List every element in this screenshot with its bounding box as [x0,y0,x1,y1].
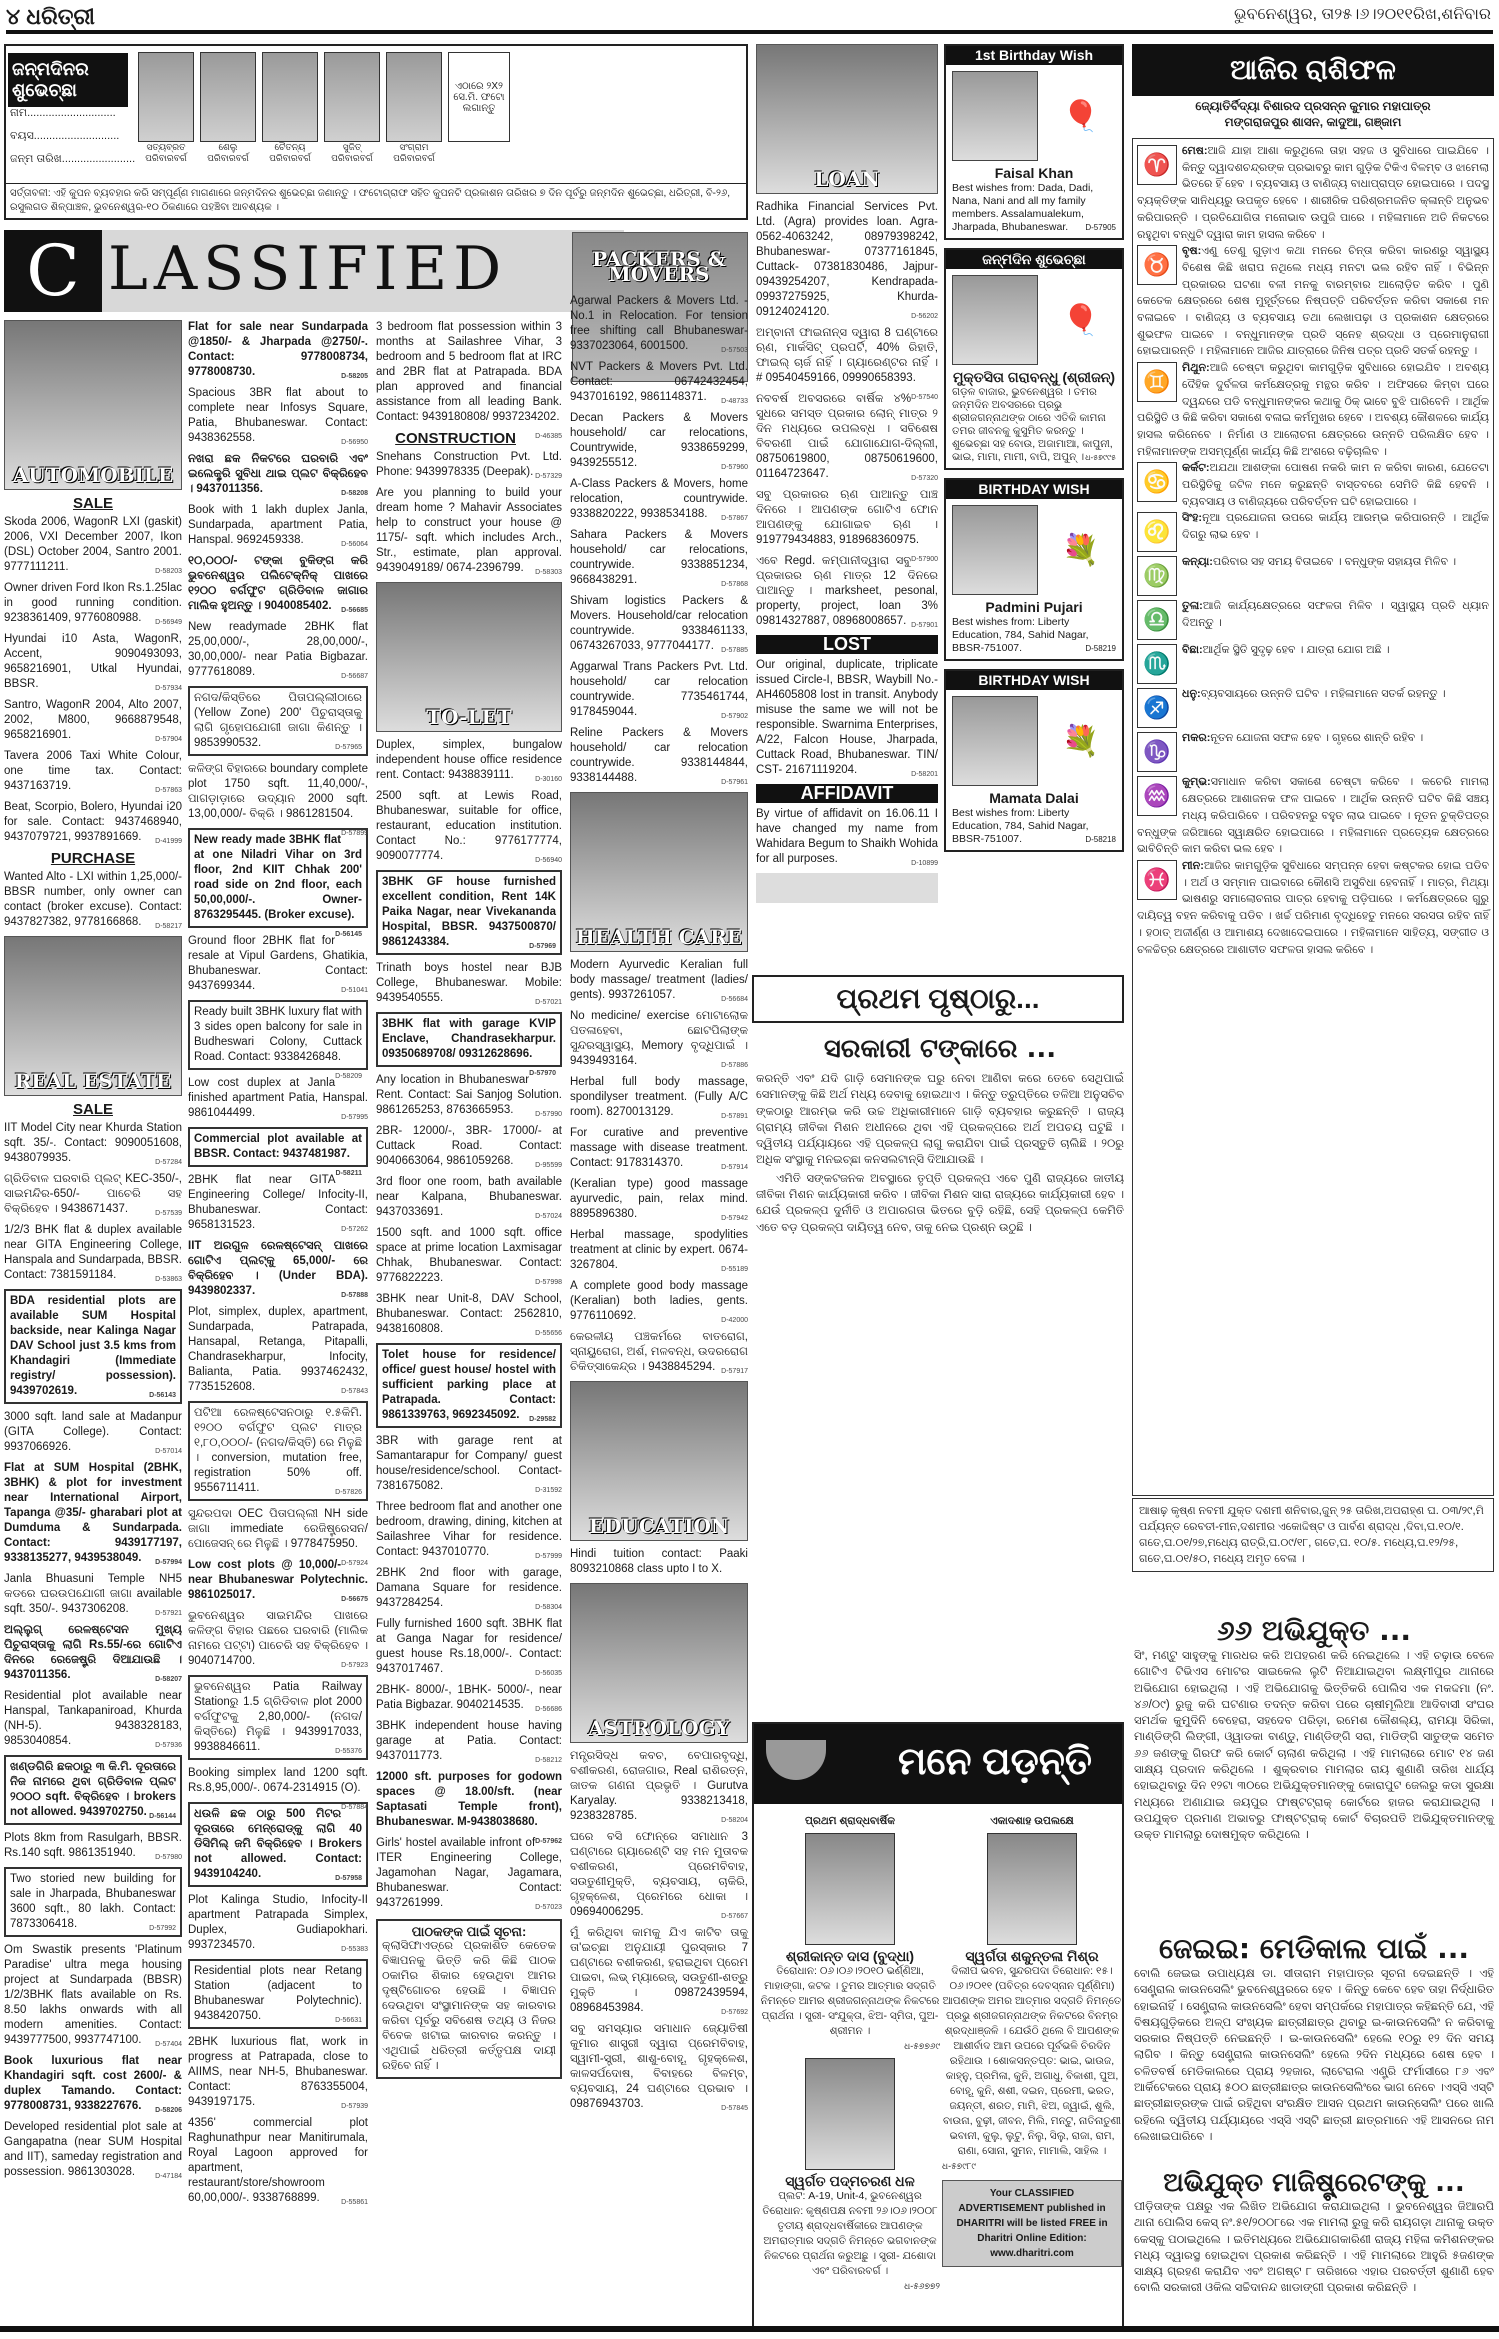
classified-ad: (Keralian type) good massage ayurvedic, … [570,1177,748,1222]
classified-ad: କେରଳୀୟ ପଞ୍ଚକର୍ମରେ ବାତରୋଗ, ସ୍ନାୟୁରୋଗ, ଅର୍… [570,1330,748,1375]
ad-code: D-55656 [535,1326,562,1341]
rashi-entry: ♓ମୀନ:ଆଜିର କାମଗୁଡ଼ିକ ସୁବିଧାରେ ସମ୍ପନ୍ନ ହେବ… [1137,858,1489,958]
classified-ad: Plots 8km from Rasulgarh, BBSR. Rs.140 s… [4,1831,182,1861]
ad-text: ଭୁବନେଶ୍ୱର Patia Railway Stationରୁ 1.5 ଗ୍… [194,1681,362,1753]
footer-rule [0,2326,1499,2332]
ad-code: D-56202 [911,309,938,324]
classified-ad: Our original, duplicate, triplicate issu… [756,658,938,778]
reader-notice: ପାଠକଙ୍କ ପାଇଁ ସୂଚନା: କ୍ଲାସିଫାଏଡ୍‌ରେ ପ୍ରକା… [376,1919,562,2079]
classified-ad: Duplex, simplex, bungalow independent ho… [376,738,562,783]
classified-ad: Hindi tuition contact: Paaki 8093210868 … [570,1547,748,1577]
sign-text: ଆଜି ଚେଷ୍ଟା କରୁଥିବା କାମଗୁଡ଼ିକ ସୁବିଧାରେ ହୋ… [1137,362,1489,458]
zodiac-icon: ♎ [1137,600,1177,640]
ad-text: ଧଉଳି ଛକ ଠାରୁ 500 ମିଟର ଦୂରତାରେ ମେନ୍‌ରୋଡ୍‌… [194,1808,362,1880]
portrait-photo [324,52,380,142]
classified-ad: Commercial plot available at BBSR. Conta… [188,1127,368,1167]
portrait-photo [262,52,318,142]
portrait-photo [952,696,1038,786]
ad-code: D-57262 [341,1222,368,1237]
classified-ad: Radhika Financial Services Pvt. Ltd. (Ag… [756,200,938,320]
portrait-photo [386,52,442,142]
ad-code: D-57014 [155,1444,182,1459]
classified-ad: Decan Packers & Movers household/ car re… [570,411,748,471]
portrait-photo [200,52,256,142]
real-estate-image: REAL ESTATE [4,936,182,1096]
ad-text: ଏବେ Regd. କମ୍ପାନୀଦ୍ୱାରା ସବୁ ପ୍ରକାରର ଋଣ ମ… [756,555,938,627]
classified-ad: Snehans Construction Pvt. Ltd. Phone: 94… [376,450,562,480]
ad-text: ମନ୍ତ୍ରସିଦ୍ଧ କବଚ, ବେପାରବୃଦ୍ଧି, ବଶୀକରଣ, ରୋ… [570,1750,748,1822]
ad-code: D-55189 [721,1262,748,1277]
ad-code: D-56035 [535,1666,562,1681]
page-number-label: ୪ ଧରିତ୍ରୀ [6,4,95,30]
sign-text: ଆର୍ଥିକ ସ୍ଥିତି ସୁଦୃଢ଼ ହେବ । ଯାତ୍ରା ଯୋଗ ଅଛ… [1203,644,1390,656]
ad-code: D-57885 [721,643,748,658]
rashi-entry: ♉ବୃଷ:ଏଣୁ ତେଣୁ ଗୁଡ଼ାଏ କଥା ମନରେ ଚିନ୍ତା କରି… [1137,243,1489,360]
classified-ad: Janla Bhuasuni Temple NH5 କଡରେ ଘରଉପଯୋଗୀ … [4,1572,182,1617]
ad-code: D-58201 [911,767,938,782]
panji-box: ଆଷାଢ଼ କୃଷ୍ଣ ନବମୀ ଯୁକ୍ତ ଦଶମୀ ଶନିବାର,ଜୁନ୍ … [1132,1498,1494,1572]
ad-code: D-57404 [155,2037,182,2052]
ad-code: D-57992 [149,1921,176,1936]
ad-text: ସବୁ ସମସ୍ୟାର ସମାଧାନ ଜ୍ୟୋତିଷୀ କୁମାର ଶାସ୍ତ୍… [570,2023,748,2110]
ad-code: D-57917 [721,1364,748,1379]
birthday-photo: ସଂଗ୍ରାମପରିବାରବର୍ଗ [386,52,442,164]
ad-code: D-57990 [535,1107,562,1122]
classified-ad: Skoda 2006, WagonR LXI (gaskit) 2006, VX… [4,515,182,575]
classified-ad: 4356' commercial plot Raghunathpur near … [188,2116,368,2206]
ad-text: 3BHK near Unit-8, DAV School, Bhubaneswa… [376,1293,562,1335]
classified-ad: Plot, simplex, duplex, apartment, Sundar… [188,1305,368,1395]
classified-ad: A complete good body massage (Keralian) … [570,1279,748,1324]
classified-ad: BDA residential plots are available SUM … [4,1289,182,1404]
online-edition-note: Your CLASSIFIED ADVERTISEMENT published … [942,2180,1122,2267]
classified-ad: Book luxurious flat near Khandagiri sqft… [4,2054,182,2114]
classified-ad: Om Swastik presents 'Platinum Paradise' … [4,1943,182,2048]
birthday-coupon-title: ଜନ୍ମଦିନର ଶୁଭେଚ୍ଛା [8,53,128,107]
birthday-wish-ad: BIRTHDAY WISH 💐 Mamata Dalai Best wishes… [944,669,1124,852]
ad-text: କଳିଙ୍ଗ ବିହାରରେ boundary complete plot 17… [188,763,368,820]
classified-ad: New ready made 3BHK flat at one Niladri … [188,828,368,928]
ad-code: D-53863 [155,1272,182,1287]
ad-code: D-57320 [911,471,938,486]
classified-ad: Developed residential plot sale at Ganga… [4,2120,182,2180]
coupon-terms: ସର୍ତ୍ତାବଳୀ: ଏହି କୁପନ ବ୍ୟବହାର କରି ସମ୍ପୂର୍… [6,183,746,218]
classified-ad: Residential plots near Retang Station (a… [188,1959,368,2029]
classified-ad: 1/2/3 BHK flat & duplex available near G… [4,1223,182,1283]
story-body-2: ଏମିତି ସଙ୍କଟଜନକ ଅବସ୍ଥାରେ ତୃପ୍ତି ପ୍ରକଳ୍ପ ଏ… [756,1171,1124,1236]
story-headline: ଜେଇଇ: ମେଡିକାଲ ପାଇଁ ... [1134,1932,1494,1966]
health-care-image: HEALTH CARE [570,792,748,952]
ad-code: D-55376 [335,1744,362,1759]
classified-ad: ପଟିଆ ରେଳଷ୍ଟେସନଠାରୁ ୧.୫କିମି. ୧୨୦୦ ବର୍ଗଫୁଟ… [188,1401,368,1501]
classified-ad: 3BHK flat with garage KVIP Enclave, Chan… [376,1012,562,1067]
ad-code: D-57923 [341,1658,368,1673]
ad-code: D-57904 [155,732,182,747]
ad-code: D-57884 [341,1800,368,1815]
ad-code: D-51041 [341,983,368,998]
ad-code: D-30160 [535,772,562,787]
ad-code: D-58219 [1085,642,1116,655]
sale-heading-2: SALE [4,1102,182,1117]
story-headline: ଅଭିଯୁକ୍ତ ମାଜିଷ୍ଟ୍ରେଟଙ୍କୁ ... [1134,2168,1494,2199]
ad-text: Are you planning to build your dream hom… [376,487,562,574]
story-jee-medical: ଜେଇଇ: ମେଡିକାଲ ପାଇଁ ... ବୋଲି ଜେଇଇ ଉପାଧ୍ୟକ… [1134,1932,1494,2145]
ad-code: D-56144 [149,1809,176,1824]
automobile-image: AUTOMOBILE [4,320,182,490]
column-loan-lost-affidavit: LOAN Radhika Financial Services Pvt. Ltd… [756,44,938,903]
classified-ad: 12000 sft. purposes for godown spaces @ … [376,1770,562,1830]
ad-text: Our original, duplicate, triplicate issu… [756,659,938,776]
classified-ad: Wanted Alto - LXI within 1,25,000/- BBSR… [4,870,182,930]
birthday-photo: ଚୈତନ୍ୟପରିବାରବର୍ଗ [262,52,318,164]
ad-code: D-56940 [535,853,562,868]
classified-ad: A-Class Packers & Movers, home relocatio… [570,477,748,522]
ad-text: Trinath boys hostel near BJB College, Bh… [376,962,562,1004]
ad-code: D-58206 [155,2103,182,2118]
ad-code: D-58303 [535,565,562,580]
sign-name: କୁମ୍ଭ: [1182,776,1211,788]
ad-code: D-57934 [155,681,182,696]
classified-ad: IIT ଅରଗୁଳ ରେଳଷ୍ଟେସନ୍ ପାଖରେ ଗୋଟିଏ ପ୍ଲଟ୍‌କ… [188,1239,368,1299]
classified-ad: Owner driven Ford Ikon Rs.1.25lac in goo… [4,581,182,626]
story-headline: ସରକାରୀ ଟଙ୍କାରେ ... [756,1034,1124,1065]
ad-text: ସୁନ୍ଦରପଦା OEC ପିତାପଲ୍ଲୀ NH side ଜାଗା imm… [188,1508,368,1550]
classified-ad: ଅଲ୍ଲୁଗ୍ ରେଳଷ୍ଟେସନ ମୁଖ୍ୟ ପିଚୁରାସ୍ତାକୁ ଲାଗ… [4,1623,182,1683]
ad-code: D-58204 [721,1813,748,1828]
wish-name: Faisal Khan [946,167,1122,180]
classified-initial: C [4,230,102,312]
classified-ad: ଏବେ Regd. କମ୍ପାନୀଦ୍ୱାରା ସବୁ ପ୍ରକାରର ଋଣ ମ… [756,554,938,629]
classified-ad: 3BHK near Unit-8, DAV School, Bhubaneswa… [376,1292,562,1337]
story-headline: ୬୬ ଅଭିଯୁକ୍ତ ... [1134,1614,1494,1648]
ad-code: D-57962 [535,1834,562,1849]
classified-ad: 2BHK luxurious flat, work in progress at… [188,2035,368,2110]
ad-code: D-57021 [535,995,562,1010]
ad-code: D-56675 [341,1592,368,1607]
portrait-photo [952,505,1038,595]
birthday-coupon: ଜନ୍ମଦିନର ଶୁଭେଚ୍ଛା ନାମ...................… [4,44,748,220]
ad-code: D-57921 [155,1606,182,1621]
classified-ad: ନଗଦ/କିସ୍ତିରେ ପିତାପଲ୍ଲୀଠାରେ (Yellow Zone)… [188,686,368,756]
wish-name: Mamata Dalai [946,792,1122,805]
ad-text: 4356' commercial plot Raghunathpur near … [188,2117,368,2204]
zodiac-icon: ♒ [1137,776,1177,816]
ad-text: 3rd floor one room, bath available near … [376,1176,562,1218]
education-image: EDUCATION [570,1381,748,1541]
ad-code: D-58205 [341,369,368,384]
ad-text: 2BHK 2nd floor with garage, Damana Squar… [376,1567,562,1609]
wish-body: Best wishes from: Liberty Education, 784… [952,616,1089,654]
classified-ad: ନଖରା ଛକ ନିକଟରେ ଘରବାରି ଏବଂ ଇଲେକ୍ଟ୍ରି ସୁବି… [188,452,368,497]
ad-text: Flat at SUM Hospital (2BHK, 3BHK) & plot… [4,1462,182,1564]
ad-text: Snehans Construction Pvt. Ltd. Phone: 94… [376,451,562,478]
classified-ad: New readymade 2BHK flat 25,00,000/-, 28,… [188,620,368,680]
zodiac-icon: ♐ [1137,688,1177,728]
classified-ad: ଅମ୍ବାନୀ ଫାଇନାନ୍ସ ଦ୍ୱାରା 8 ଘଣ୍ଟାରେ ଋଣ, ମା… [756,326,938,386]
ad-code: D-56145 [335,927,362,942]
classified-ad: Ready built 3BHK luxury flat with 3 side… [188,1000,368,1070]
ad-code: D-57965 [335,740,362,755]
rashi-entry: ♑ମକର:ନୂତନ ଯୋଜନା ସଫଳ ହେବ । ଗୃହରେ ଶାନ୍ତି ର… [1137,730,1489,774]
dateline: ଭୁବନେଶ୍ୱର, ତା୨୫।୬।୨୦୧୧ରିଖ,ଶନିବାର [1234,6,1491,24]
zodiac-icon: ♏ [1137,644,1177,684]
header-rule [6,30,1493,34]
sign-name: ମିଥୁନ: [1182,362,1210,374]
wish-body: Best wishes from: Dada, Dadi, Nana, Nani… [952,182,1093,233]
wish-header: BIRTHDAY WISH [946,480,1122,499]
story-66-accused: ୬୬ ଅଭିଯୁକ୍ତ ... ସିଂ, ମଣ୍ଟୁ ସାହୁଙ୍କୁ ମାରଧ… [1134,1614,1494,1844]
classified-ad: ଭୁବନେଶ୍ୱର Patia Railway Stationରୁ 1.5 ଗ୍… [188,1675,368,1760]
ad-text: New ready made 3BHK flat at one Niladri … [194,834,362,921]
ad-text: 3BHK independent house having garage at … [376,1720,562,1762]
classified-ad: ସବୁ ସମସ୍ୟାର ସମାଧାନ ଜ୍ୟୋତିଷୀ କୁମାର ଶାସ୍ତ୍… [570,2022,748,2112]
birthday-wish-ad: ଜନ୍ମଦିନ ଶୁଭେଚ୍ଛା 🎈 ମୁକ୍ତସିତା ଗରାବନ୍ଧୁ (ଶ… [944,248,1124,470]
ad-text: ପଟିଆ ରେଳଷ୍ଟେସନଠାରୁ ୧.୫କିମି. ୧୨୦୦ ବର୍ଗଫୁଟ… [194,1407,362,1494]
ad-code: D-95599 [535,1158,562,1173]
ad-code: D-58211 [336,1166,362,1181]
ad-text: Tolet house for residence/ office/ guest… [382,1349,556,1421]
ad-code: D-57692 [721,2005,748,2020]
classified-ad: Low cost plots @ 10,000/- near Bhubanesw… [188,1558,368,1603]
affidavit-heading: AFFIDAVIT [756,784,938,803]
column-birthday-wishes: 1st Birthday Wish 🎈 Faisal Khan Best wis… [944,44,1124,860]
story-sarakari-tankare: ସରକାରୀ ଟଙ୍କାରେ ... କରନ୍ତି ଏବଂ ଯଦି ଗାଡ଼ି … [756,1034,1124,1236]
ad-code: D-48733 [721,394,748,409]
ad-text: Duplex, simplex, bungalow independent ho… [376,739,562,781]
sign-text: ବ୍ୟବସାୟରେ ଉନ୍ନତି ଘଟିବ । ମହିଳାମାନେ ସତର୍କ … [1201,688,1446,700]
mane-padanti-obituaries: ମନେ ପଡ଼ନ୍ତି ପ୍ରଥମ ଶ୍ରାଦ୍ଧବାର୍ଷିକ ଶ୍ରୀକାନ… [752,1722,1124,2332]
zodiac-icon: ♓ [1137,860,1177,900]
photo-slot: ଏଠାରେ ୨X୨ ସେ.ମି. ଫଟୋ ଲଗାନ୍ତୁ [448,52,510,142]
ad-text: ମୁଁ କରିଥିବା କାମକୁ ଯିଏ କାଟିବ ତାକୁ ତା'ଇଚ୍ଛ… [570,1927,748,2014]
classified-ad: 1500 sqft. and 1000 sqft. office space a… [376,1226,562,1286]
ad-text: 2BHK- 8000/-, 1BHK- 5000/-, near Patia B… [376,1684,562,1711]
story-body: ସିଂ, ମଣ୍ଟୁ ସାହୁଙ୍କୁ ମାରଧର କରି ଅପହରଣ କରି … [1134,1648,1494,1844]
ad-code: D-57540 [911,390,938,405]
classified-ad: ସବୁ ପ୍ରକାରର ଋଣ ପାଆନ୍ତୁ ପାଞ୍ଚ ଦିନରେ । ଆପଣ… [756,488,938,548]
ad-text: Hindi tuition contact: Paaki 8093210868 … [570,1548,748,1575]
zodiac-icon: ♑ [1137,732,1177,772]
ad-text: 3BHK GF house furnished excellent condit… [382,876,556,948]
ad-code: D-57667 [721,1909,748,1924]
ad-code: D-57863 [155,783,182,798]
flowers-icon: 💐 [1046,696,1116,786]
ad-text: Ready built 3BHK luxury flat with 3 side… [194,1006,362,1063]
wish-name: ମୁକ୍ତସିତା ଗରାବନ୍ଧୁ (ଶ୍ରୀଜନ୍) [946,371,1122,384]
portrait-photo [952,71,1038,161]
ad-code: D-57995 [341,1110,368,1125]
column-packers-health-edu-astro: PACKERS & MOVERS Agarwal Packers & Mover… [570,320,748,2118]
rashiphal-title: ଆଜିର ରାଶିଫଳ [1132,44,1494,96]
ad-code: D-56686 [535,1702,562,1717]
ad-code: D-58217 [155,919,182,934]
classified-ad: 2BHK- 8000/-, 1BHK- 5000/-, near Patia B… [376,1683,562,1713]
classified-ad: ଖଣ୍ଡଗିରି ଛକଠାରୁ ୩ କି.ମି. ଦୂରତାରେ ନିଜ ନାମ… [4,1755,182,1825]
ad-code: D-57826 [335,1485,362,1500]
ad-text: 2BHK luxurious flat, work in progress at… [188,2036,368,2108]
wish-header: ଜନ୍ମଦିନ ଶୁଭେଚ୍ଛା [946,250,1122,269]
ad-code: D-57914 [721,1160,748,1175]
classified-ad: ନବବର୍ଷ ଅବସରରେ ବାର୍ଷିକ ୪% ସୁଧରେ ସମସ୍ତ ପ୍ର… [756,392,938,482]
ad-text: 3BR with garage rent at Samantarapur for… [376,1435,562,1492]
classified-ad: ମୁଁ କରିଥିବା କାମକୁ ଯିଏ କାଟିବ ତାକୁ ତା'ଇଚ୍ଛ… [570,1926,748,2016]
classified-ad: Flat for sale near Sundarpada @1850/- & … [188,320,368,380]
story-magistrate: ଅଭିଯୁକ୍ତ ମାଜିଷ୍ଟ୍ରେଟଙ୍କୁ ... ପୀଡ଼ିତାଙ୍କ … [1134,2168,1494,2297]
sign-text: ଆଜି କାର୍ଯ୍ୟକ୍ଷେତ୍ରରେ ସଫଳତା ମିଳିବ । ସ୍ୱାସ… [1182,600,1489,629]
rashi-entry: ♋କର୍କଟ:ଅଯଥା ଆଶଙ୍କା ପୋଷଣ ନକରି କାମ ନ କରିବା… [1137,460,1489,510]
birthday-photos: ସତ୍ୟବ୍ରତପରିବାରବର୍ଗ ଶେଲୁପରିବାରବର୍ଗ ଚୈତନ୍ୟ… [138,52,510,164]
ad-code: D-41999 [155,834,182,849]
ad-code: D-57024 [535,1209,562,1224]
birthday-wish-ad: 1st Birthday Wish 🎈 Faisal Khan Best wis… [944,44,1124,240]
ad-code: D-57998 [535,1275,562,1290]
tolet-image: TO-LET [376,582,562,732]
sign-name: ବିଛା: [1182,644,1203,656]
ad-text: 2BR- 12000/-, 3BR- 17000/- at Cuttack Ro… [376,1125,562,1167]
zodiac-icon: ♍ [1137,556,1177,596]
column-automobile-realestate: AUTOMOBILE SALE Skoda 2006, WagonR LXI (… [4,320,182,2186]
ad-code: D-57994 [155,1555,182,1570]
ad-code: D-57888 [341,1288,368,1303]
classified-ad: Spacious 3BR flat about to complete near… [188,386,368,446]
ad-code: D-56143 [149,1388,176,1403]
balloons-icon: 🎈 [1046,275,1116,365]
classified-ad: ଗ୍ରିଡିବାଳ ଘରବାରି ପ୍ଲଟ୍ KEC-350/-, ସାଇମନ୍… [4,1172,182,1217]
classified-ad: 3rd floor one room, bath available near … [376,1175,562,1220]
sign-name: ଧନୁ: [1182,688,1201,700]
birthday-photo: ସୁଜିତ୍ପରିବାରବର୍ଗ [324,52,380,164]
ad-code: D-57958 [335,1871,362,1886]
sign-name: କର୍କଟ: [1182,462,1210,474]
ad-code: D-56687 [341,669,368,684]
sign-text: ଆଜିର କାମଗୁଡ଼ିକ ସୁବିଧାରେ ସମ୍ପନ୍ନ ହେବା କଷ୍… [1137,860,1489,956]
classified-ad: Herbal full body massage, spondilyser tr… [570,1075,748,1120]
obituary-right: ଏକାଦଶାହ ଉପଲକ୍ଷେ ସ୍ୱର୍ଗତା ଶକୁନ୍ତଳା ମିଶ୍ର … [942,1814,1122,2267]
classified-ad: Two storied new building for sale in Jha… [4,1867,182,1937]
classified-ad: Aggarwal Trans Packers Pvt. Ltd. househo… [570,660,748,720]
wish-name: Padmini Pujari [946,601,1122,614]
classified-ad: Tolet house for residence/ office/ guest… [376,1343,562,1428]
classified-ad: ଧଉଳି ଛକ ଠାରୁ 500 ମିଟର ଦୂରତାରେ ମେନ୍‌ରୋଡ୍‌… [188,1802,368,1887]
ad-code: D-31592 [535,1483,562,1498]
ad-text: Plot, simplex, duplex, apartment, Sundar… [188,1306,368,1393]
classified-ad: IIT Model City near Khurda Station sqft.… [4,1121,182,1166]
ad-code: D-55383 [341,1942,368,1957]
classified-ad: 3BR with garage rent at Samantarapur for… [376,1434,562,1494]
rashi-entry: ♌ସିଂହ:ନୂଆ ପ୍ରଯୋଜନା ଉପରେ କାର୍ଯ୍ୟ ଆରମ୍ଭ କର… [1137,510,1489,554]
ad-text: 3BHK flat with garage KVIP Enclave, Chan… [382,1018,556,1060]
obituary-left: ପ୍ରଥମ ଶ୍ରାଦ୍ଧବାର୍ଷିକ ଶ୍ରୀକାନ୍ତ ଦାସ (ବୁଦ୍… [760,1814,940,2294]
rashi-entry: ♐ଧନୁ:ବ୍ୟବସାୟରେ ଉନ୍ନତି ଘଟିବ । ମହିଳାମାନେ ସ… [1137,686,1489,730]
wish-header: 1st Birthday Wish [946,46,1122,65]
birthday-photo: ଶେଲୁପରିବାରବର୍ଗ [200,52,256,164]
classified-ad: Trinath boys hostel near BJB College, Bh… [376,961,562,1006]
ad-text: 2500 sqft. at Lewis Road, Bhubaneswar, s… [376,790,562,862]
ad-text: ନବବର୍ଷ ଅବସରରେ ବାର୍ଷିକ ୪% ସୁଧରେ ସମସ୍ତ ପ୍ର… [756,393,938,480]
ad-code: D-56631 [335,2013,362,2028]
sign-name: କନ୍ୟା: [1182,556,1213,568]
ad-code: D-57539 [155,1206,182,1221]
zodiac-icon: ♋ [1137,462,1177,502]
rashi-entry: ♍କନ୍ୟା:ପରିବାର ସହ ସମୟ ବିତାଇବେ । ବନ୍ଧୁଙ୍କ … [1137,554,1489,598]
ad-code: D-57970 [529,1066,556,1081]
classified-ad: Fully furnished 1600 sqft. 3BHK flat at … [376,1617,562,1677]
dob-field: ଜନ୍ମ ତାରିଖ........................ [10,148,135,171]
zodiac-icon: ♉ [1137,245,1177,285]
zodiac-icon: ♌ [1137,512,1177,552]
classified-ad: Are you planning to build your dream hom… [376,486,562,576]
ad-text: BDA residential plots are available SUM … [10,1295,176,1397]
ad-code: D-42000 [721,1313,748,1328]
purchase-heading: PURCHASE [4,851,182,866]
classified-ad: 2BHK 2nd floor with garage, Damana Squar… [376,1566,562,1611]
portrait-photo [952,275,1038,365]
ad-code: D-57023 [535,1900,562,1915]
sign-name: ବୃଷ: [1182,245,1201,257]
classified-ad: ମନ୍ତ୍ରସିଦ୍ଧ କବଚ, ବେପାରବୃଦ୍ଧି, ବଶୀକରଣ, ରୋ… [570,1749,748,1824]
ad-code: D-58218 [1085,833,1116,846]
flowers-icon: 💐 [1046,505,1116,595]
zodiac-icon: ♊ [1137,362,1177,402]
rashi-entry: ♒କୁମ୍ଭ:ସମାଧାନ କରିବା ସକାଶେ ଚେଷ୍ଟା କରିବେ ।… [1137,774,1489,858]
classified-ad: 2BHK flat near GITA Engineering College/… [188,1173,368,1233]
ad-code: D-56064 [341,537,368,552]
ad-code: D-57942 [721,1211,748,1226]
ad-code: D-58209 [335,1069,362,1084]
sign-text: ନୂଆ ପ୍ରଯୋଜନା ଉପରେ କାର୍ଯ୍ୟ ଆରମ୍ଭ କରିପାରନ୍… [1182,512,1489,541]
ad-code: D-57936 [155,1738,182,1753]
ad-code: D-29582 [529,1412,556,1427]
ad-code: D-57900 [911,552,938,567]
birthday-photo: ସତ୍ୟବ୍ରତପରିବାରବର୍ଗ [138,52,194,164]
ad-code: D-57867 [721,511,748,526]
classified-ad: Tavera 2006 Taxi White Colour, one time … [4,749,182,794]
ad-code: D-57329 [535,469,562,484]
story-body: ବୋଲି ଜେଇଇ ଉପାଧ୍ୟକ୍ଷ ଡା. ସୀତାରାମ ମହାପାତ୍ର… [1134,1966,1494,2145]
classified-ad: 3BHK independent house having garage at … [376,1719,562,1764]
classified-ad: କଳିଙ୍ଗ ବିହାରରେ boundary complete plot 17… [188,762,368,822]
ad-code: D-57503 [721,343,748,358]
classified-ad: ଘରେ ବସି ଫୋନ୍‌ରେ ସମାଧାନ 3 ଘଣ୍ଟାରେ ଗ୍ୟାରେଣ… [570,1830,748,1920]
portrait-photo [805,1833,895,1945]
ad-code: D-57845 [721,2101,748,2116]
ad-code: D-57901 [911,618,938,633]
loan-image: LOAN [756,44,938,194]
ad-code: D-57980 [155,1850,182,1865]
classified-ad: Residential plot available near Hanspal,… [4,1689,182,1749]
age-field: ବୟସ............................ [10,125,135,148]
ad-text: Three bedroom flat and another one bedro… [376,1501,562,1558]
classified-ad: 3BHK GF house furnished excellent condit… [376,870,562,955]
classified-ad: For curative and preventive massage with… [570,1126,748,1171]
classified-ad: Modern Ayurvedic Keralian full body mass… [570,958,748,1003]
classified-rest: LASSIFIED [108,234,507,304]
portrait-photo [987,1833,1077,1945]
ad-text: ଘରେ ବସି ଫୋନ୍‌ରେ ସମାଧାନ 3 ଘଣ୍ଟାରେ ଗ୍ୟାରେଣ… [570,1831,748,1918]
classified-ad: Girls' hostel available infront of ITER … [376,1836,562,1911]
ad-text: Om Swastik presents 'Platinum Paradise' … [4,1944,182,2046]
ad-code: D-57886 [721,1058,748,1073]
story-body: ପୀଡ଼ିତାଙ୍କ ପକ୍ଷରୁ ଏକ ଲିଖିତ ଅଭିଯୋଗ କରାଯାଇ… [1134,2199,1494,2297]
classified-ad: NVT Packers & Movers Pvt. Ltd. Contact: … [570,360,748,405]
ad-text: ଅମ୍ବାନୀ ଫାଇନାନ୍ସ ଦ୍ୱାରା 8 ଘଣ୍ଟାରେ ଋଣ, ମା… [756,327,938,384]
zodiac-icon: ♈ [1137,145,1177,185]
ad-code: D-47184 [155,2169,182,2184]
ad-code: D-57960 [721,460,748,475]
classified-ad: 3000 sqft. land sale at Madanpur (GITA C… [4,1410,182,1455]
lamp-icon [766,1740,826,1780]
portrait-photo [138,52,194,142]
